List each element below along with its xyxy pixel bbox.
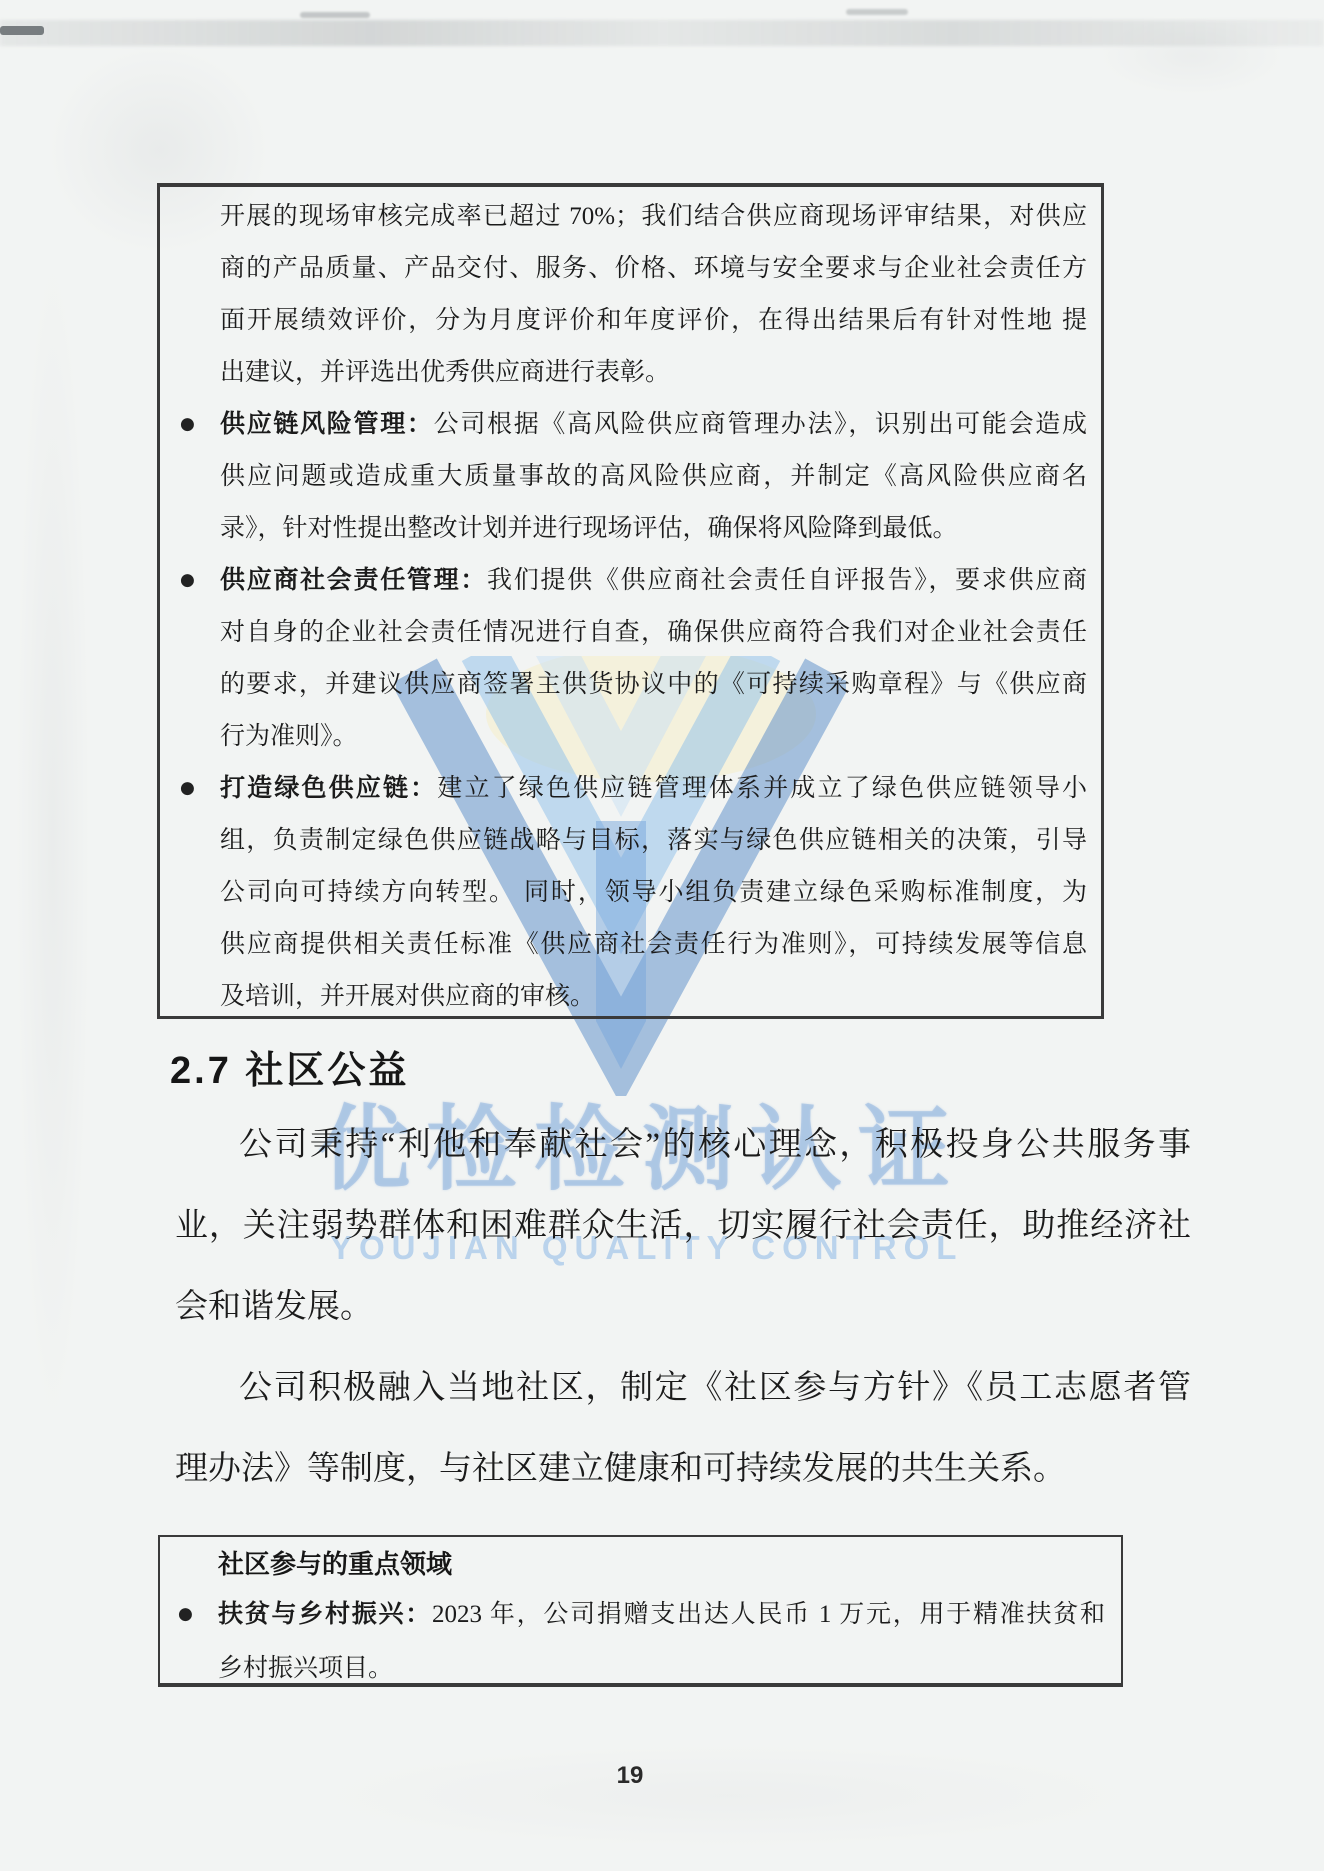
text-line: ●供应问题或造成重大质量事故的高风险供应商，并制定《高风险供应商名 (220, 450, 1087, 502)
line-text: 的要求，并建议供应商签署主供货协议中的《可持续采购章程》与《供应商 (220, 671, 1087, 698)
line-text: 供应问题或造成重大质量事故的高风险供应商，并制定《高风险供应商名 (220, 463, 1087, 490)
line-text: 出建议，并评选出优秀供应商进行表彰。 (220, 359, 670, 386)
community-box-lines: ●扶贫与乡村振兴：2023 年，公司捐赠支出达人民币 1 万元，用于精准扶贫和 … (218, 1587, 1105, 1687)
line-text: 公司积极融入当地社区，制定《社区参与方针》《员工志愿者管 (239, 1370, 1191, 1406)
line-text: 我们提供《供应商社会责任自评报告》，要求供应商 (487, 567, 1087, 594)
text-line: ●对自身的企业社会责任情况进行自查，确保供应商符合我们对企业社会责任 (220, 606, 1087, 658)
line-text: 会和谐发展。 (175, 1289, 373, 1325)
section-heading: 2.7 社区公益 (170, 1048, 409, 1094)
line-text: 录》，针对性提出整改计划并进行现场评估，确保将风险降到最低。 (220, 515, 958, 542)
text-line: ●面开展绩效评价，分为月度评价和年度评价，在得出结果后有针对性地 提 (220, 294, 1087, 346)
scan-artifact-smudge (846, 9, 908, 15)
bold-lead-text: 打造绿色供应链： (220, 774, 437, 802)
line-text: 公司向可持续方向转型。 同时，领导小组负责建立绿色采购标准制度，为 (220, 879, 1087, 906)
community-box-title: 社区参与的重点领域 (218, 1541, 1105, 1587)
line-text: 公司根据《高风险供应商管理办法》，识别出可能会造成 (434, 411, 1087, 438)
scan-artifact-smudge (300, 12, 370, 18)
bold-lead-text: 供应商社会责任管理： (220, 566, 487, 594)
text-line: ●乡村振兴项目。 (218, 1641, 1105, 1687)
line-text: 商的产品质量、产品交付、服务、价格、环境与安全要求与企业社会责任方 (220, 255, 1087, 282)
line-text: 理办法》等制度，与社区建立健康和可持续发展的共生关系。 (175, 1451, 1066, 1487)
line-text: 对自身的企业社会责任情况进行自查，确保供应商符合我们对企业社会责任 (220, 619, 1087, 646)
text-line: ●公司向可持续方向转型。 同时，领导小组负责建立绿色采购标准制度，为 (220, 866, 1087, 918)
text-line: ●行为准则》。 (220, 710, 1087, 762)
line-text: 行为准则》。 (220, 723, 358, 750)
bold-lead-text: 供应链风险管理： (220, 410, 434, 438)
line-text: 乡村振兴项目。 (218, 1655, 393, 1682)
community-focus-box: 社区参与的重点领域 ●扶贫与乡村振兴：2023 年，公司捐赠支出达人民币 1 万… (158, 1535, 1123, 1687)
text-line: ●扶贫与乡村振兴：2023 年，公司捐赠支出达人民币 1 万元，用于精准扶贫和 (218, 1587, 1105, 1641)
bullet-dot: ● (180, 762, 195, 814)
text-line: ●打造绿色供应链：建立了绿色供应链管理体系并成立了绿色供应链领导小 (220, 762, 1087, 814)
text-line: ●供应链风险管理：公司根据《高风险供应商管理办法》，识别出可能会造成 (220, 398, 1087, 450)
text-line: 会和谐发展。 (175, 1267, 1191, 1348)
section-paragraphs: 公司秉持“利他和奉献社会”的核心理念，积极投身公共服务事 业，关注弱势群体和困难… (175, 1105, 1191, 1510)
line-text: 组，负责制定绿色供应链战略与目标，落实与绿色供应链相关的决策，引导 (220, 827, 1087, 854)
text-line: ●组，负责制定绿色供应链战略与目标，落实与绿色供应链相关的决策，引导 (220, 814, 1087, 866)
bullet-dot: ● (180, 554, 195, 606)
line-text: 供应商提供相关责任标准《供应商社会责任行为准则》，可持续发展等信息 (220, 931, 1087, 958)
text-line: 业，关注弱势群体和困难群众生活，切实履行社会责任，助推经济社 (175, 1186, 1191, 1267)
text-line: ●供应商提供相关责任标准《供应商社会责任行为准则》，可持续发展等信息 (220, 918, 1087, 970)
supply-chain-bullet-box: ●开展的现场审核完成率已超过 70%；我们结合供应商现场评审结果，对供应 ●商的… (157, 183, 1104, 1019)
text-line: ●开展的现场审核完成率已超过 70%；我们结合供应商现场评审结果，对供应 (220, 190, 1087, 242)
bullet-dot: ● (178, 1587, 193, 1641)
text-line: 公司秉持“利他和奉献社会”的核心理念，积极投身公共服务事 (175, 1105, 1191, 1186)
text-line: ●及培训，并开展对供应商的审核。 (220, 970, 1087, 1022)
line-text: 公司秉持“利他和奉献社会”的核心理念，积极投身公共服务事 (239, 1127, 1191, 1163)
scanned-page: 优检检测认证 YOUJIAN QUALITY CONTROL ●开展的现场审核完… (0, 0, 1324, 1871)
scan-artifact-smudge (0, 26, 44, 35)
line-text: 及培训，并开展对供应商的审核。 (220, 983, 595, 1010)
line-text: 面开展绩效评价，分为月度评价和年度评价，在得出结果后有针对性地 提 (220, 307, 1087, 334)
line-text: 2023 年，公司捐赠支出达人民币 1 万元，用于精准扶贫和 (432, 1601, 1105, 1628)
line-text: 业，关注弱势群体和困难群众生活，切实履行社会责任，助推经济社 (175, 1208, 1191, 1244)
page-number: 19 (600, 1762, 660, 1790)
bullet-dot: ● (180, 398, 195, 450)
text-line: ●供应商社会责任管理：我们提供《供应商社会责任自评报告》，要求供应商 (220, 554, 1087, 606)
text-line: 理办法》等制度，与社区建立健康和可持续发展的共生关系。 (175, 1429, 1191, 1510)
text-line: ●出建议，并评选出优秀供应商进行表彰。 (220, 346, 1087, 398)
scan-artifact-top-band (0, 20, 1324, 46)
text-line: 公司积极融入当地社区，制定《社区参与方针》《员工志愿者管 (175, 1348, 1191, 1429)
text-line: ●商的产品质量、产品交付、服务、价格、环境与安全要求与企业社会责任方 (220, 242, 1087, 294)
line-text: 开展的现场审核完成率已超过 70%；我们结合供应商现场评审结果，对供应 (220, 203, 1087, 230)
bold-lead-text: 扶贫与乡村振兴： (218, 1600, 432, 1628)
text-line: ●录》，针对性提出整改计划并进行现场评估，确保将风险降到最低。 (220, 502, 1087, 554)
text-line: ●的要求，并建议供应商签署主供货协议中的《可持续采购章程》与《供应商 (220, 658, 1087, 710)
line-text: 建立了绿色供应链管理体系并成立了绿色供应链领导小 (437, 775, 1087, 802)
